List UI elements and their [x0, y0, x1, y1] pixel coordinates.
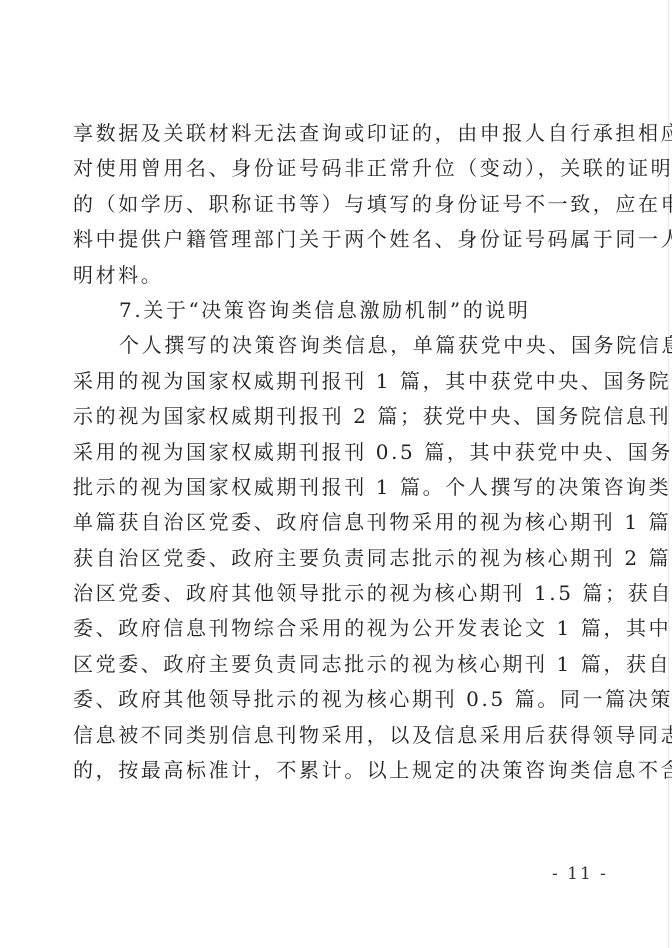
paragraph-line: 料中提供户籍管理部门关于两个姓名、身份证号码属于同一人的证	[73, 222, 613, 257]
paragraph-line: 治区党委、政府其他领导批示的视为核心期刊 1.5 篇；获自治区党	[73, 576, 613, 611]
paragraph-line: 对使用曾用名、身份证号码非正常升位（变动），关联的证明材料	[73, 151, 613, 186]
paragraph-line: 享数据及关联材料无法查询或印证的，由申报人自行承担相应后果。	[73, 116, 613, 151]
paragraph-line: 的，按最高标准计，不累计。以上规定的决策咨询类信息不含部门	[73, 753, 613, 788]
paragraph-line: 委、政府信息刊物综合采用的视为公开发表论文 1 篇，其中获自治	[73, 611, 613, 646]
document-body: 享数据及关联材料无法查询或印证的，由申报人自行承担相应后果。 对使用曾用名、身份…	[73, 116, 613, 788]
paragraph-line: 示的视为国家权威期刊报刊 2 篇；获党中央、国务院信息刊物综合	[73, 399, 613, 434]
page-number: - 11 -	[552, 864, 608, 884]
paragraph-line: 区党委、政府主要负责同志批示的视为核心期刊 1 篇，获自治区党	[73, 647, 613, 682]
section-heading: 7.关于“决策咨询类信息激励机制”的说明	[73, 293, 613, 328]
paragraph-line: 明材料。	[73, 258, 613, 293]
paragraph-line: 批示的视为国家权威期刊报刊 1 篇。个人撰写的决策咨询类信息，	[73, 470, 613, 505]
paragraph-line: 采用的视为国家权威期刊报刊 1 篇，其中获党中央、国务院领导批	[73, 364, 613, 399]
paragraph-line: 获自治区党委、政府主要负责同志批示的视为核心期刊 2 篇，获自	[73, 541, 613, 576]
paragraph-line: 的（如学历、职称证书等）与填写的身份证号不一致，应在申报材	[73, 187, 613, 222]
paragraph-line: 个人撰写的决策咨询类信息，单篇获党中央、国务院信息刊物	[73, 328, 613, 363]
paragraph-line: 单篇获自治区党委、政府信息刊物采用的视为核心期刊 1 篇，其中	[73, 505, 613, 540]
document-page: 享数据及关联材料无法查询或印证的，由申报人自行承担相应后果。 对使用曾用名、身份…	[0, 0, 672, 948]
paragraph-line: 信息被不同类别信息刊物采用，以及信息采用后获得领导同志批示	[73, 718, 613, 753]
paragraph-line: 委、政府其他领导批示的视为核心期刊 0.5 篇。同一篇决策咨询类	[73, 682, 613, 717]
paragraph-line: 采用的视为国家权威期刊报刊 0.5 篇，其中获党中央、国务院领导	[73, 435, 613, 470]
